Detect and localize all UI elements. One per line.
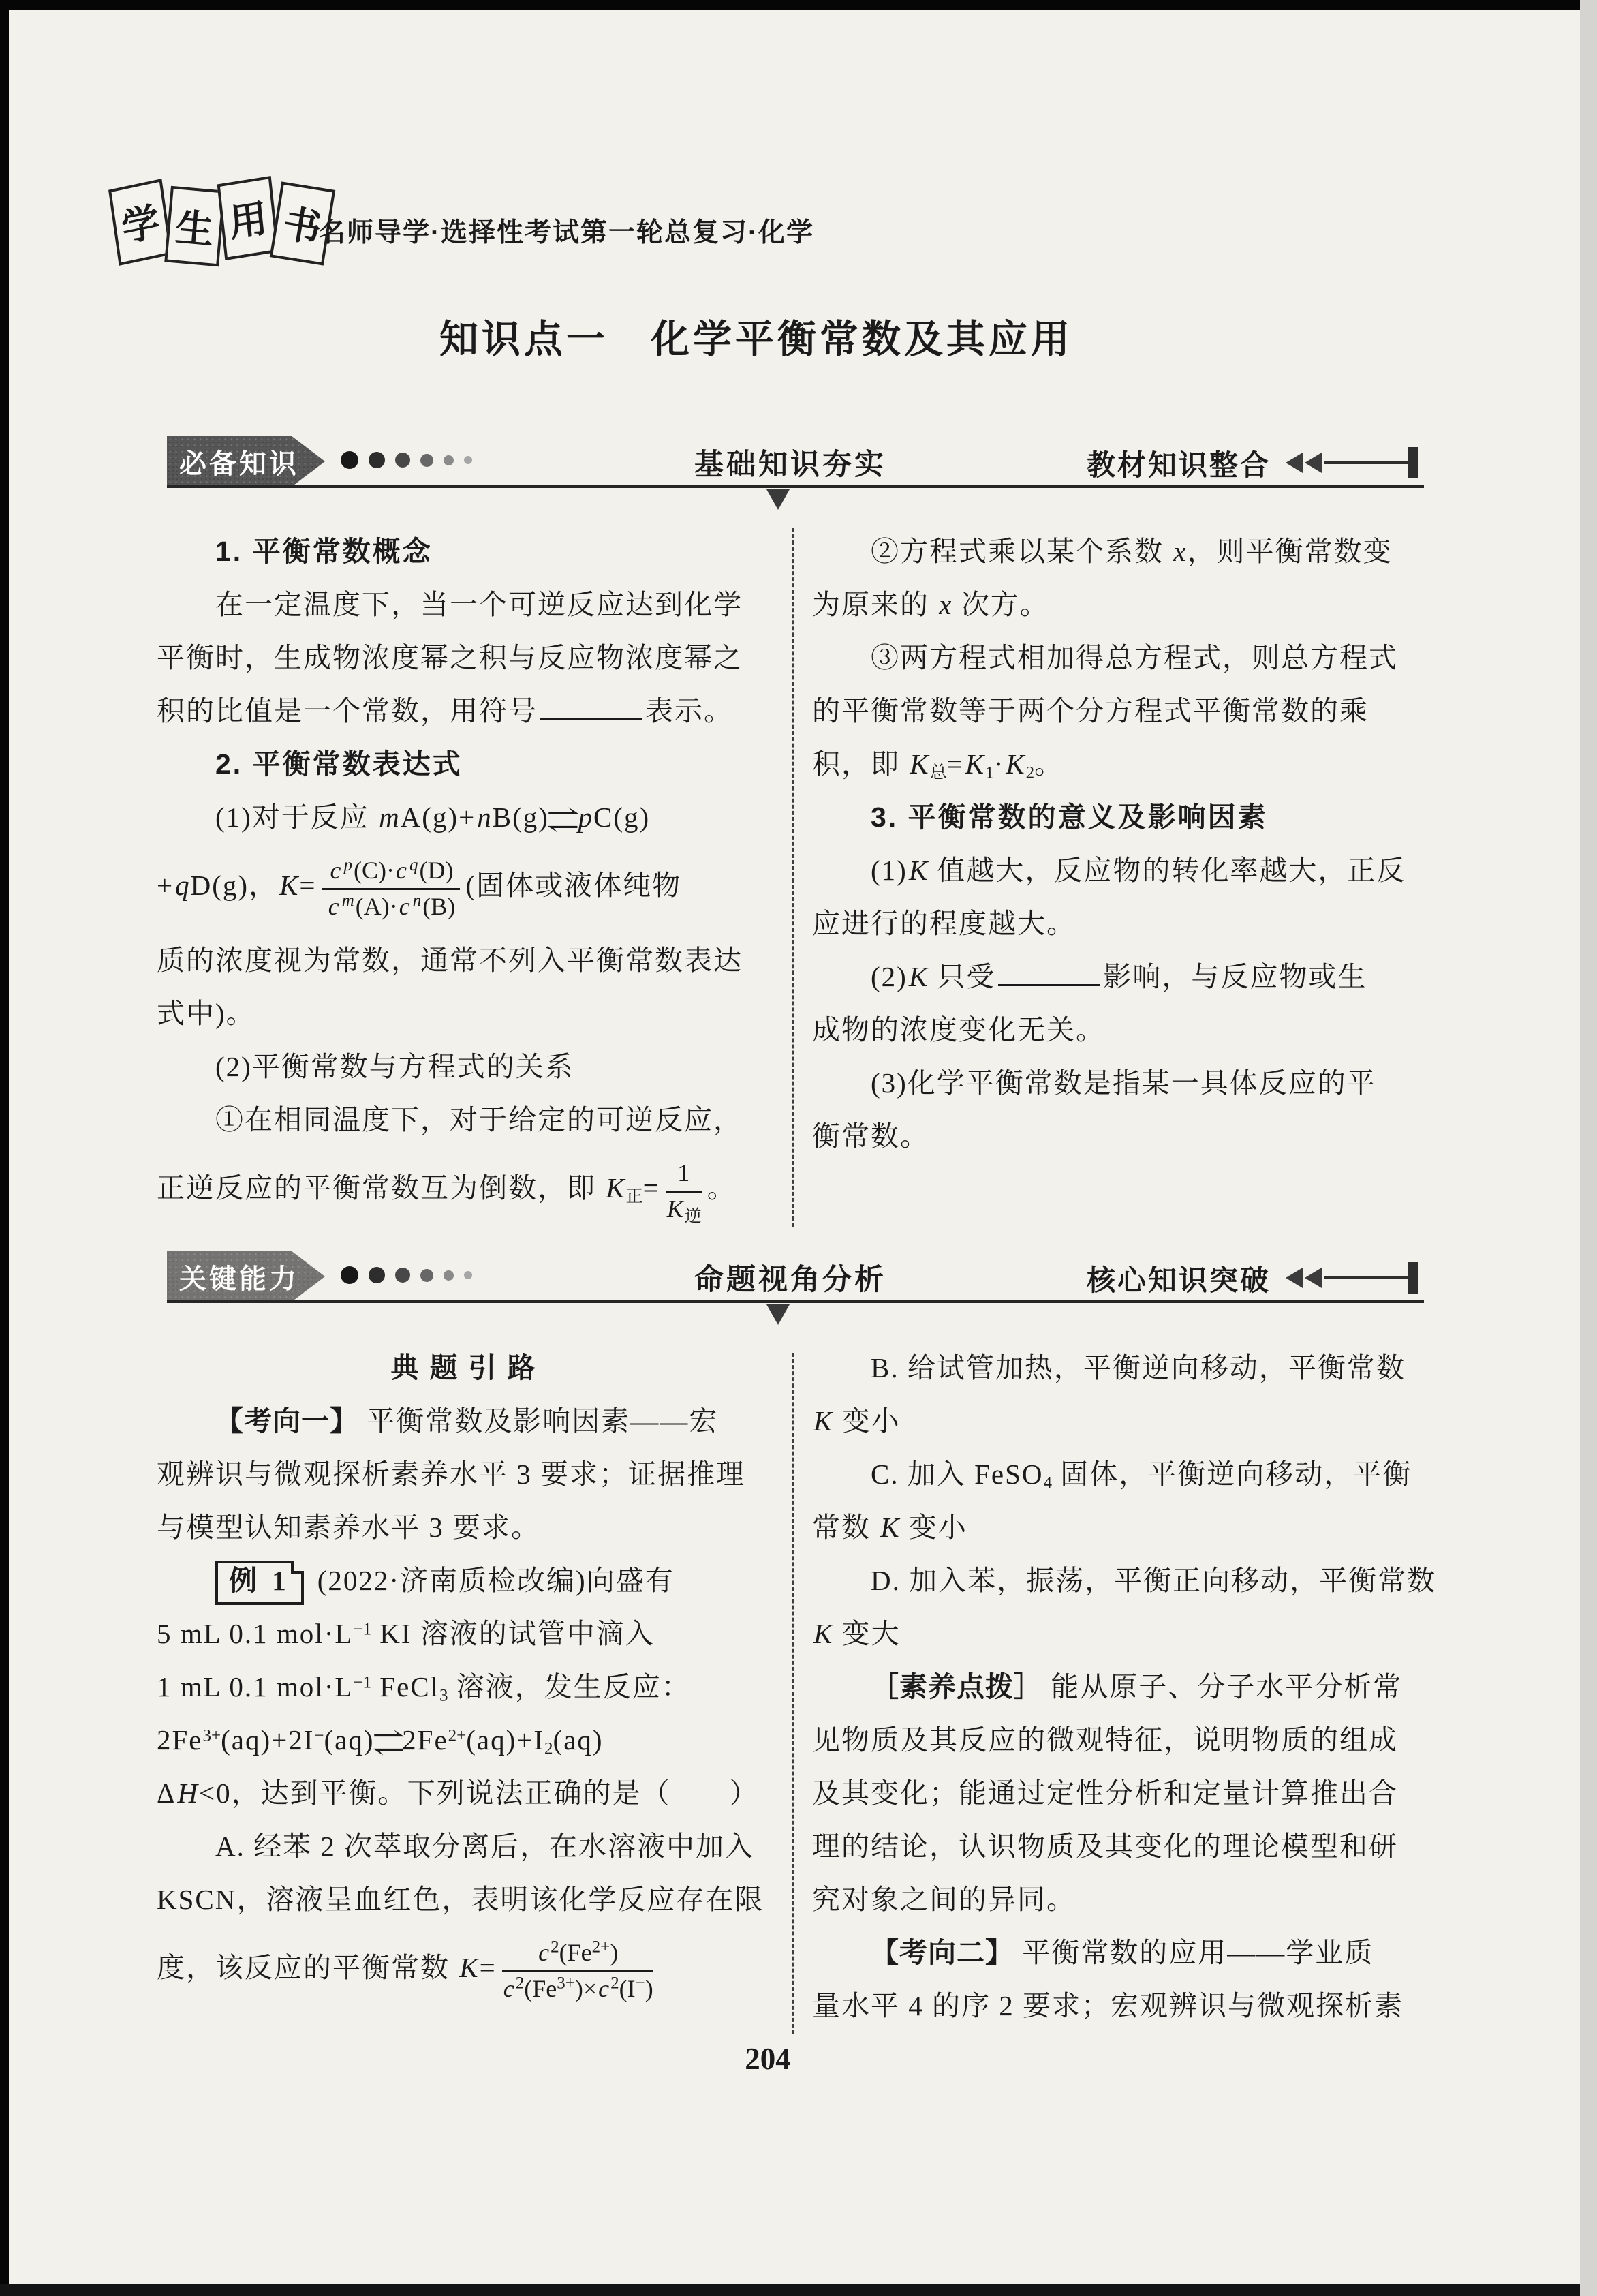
fraction: cp(C)·cq(D)cm(A)·cn(B) bbox=[322, 856, 461, 921]
text-line: 观辨识与微观探析素养水平 3 要求；证据推理 bbox=[157, 1448, 780, 1501]
text-line: 见物质及其反应的微观特征，说明物质的组成 bbox=[812, 1713, 1456, 1766]
book-subtitle: 名师导学·选择性考试第一轮总复习·化学 bbox=[319, 211, 814, 249]
text-line: 常数 K 变小 bbox=[812, 1501, 1456, 1554]
banner-tag-label: 必备知识 bbox=[179, 442, 299, 481]
text-line: 正逆反应的平衡常数互为倒数，即 K正=1K逆。 bbox=[157, 1146, 780, 1236]
text-line: 5 mL 0.1 mol·L−1 KI 溶液的试管中滴入 bbox=[157, 1607, 780, 1660]
text-line: 例 1(2022·济南质检改编)向盛有 bbox=[157, 1554, 780, 1607]
equilibrium-arrow-icon: ⇀↽ bbox=[371, 1729, 405, 1757]
dot-icon bbox=[464, 1271, 472, 1279]
banner-right-label: 教材知识整合 bbox=[1087, 443, 1271, 484]
text-line: 质的浓度视为常数，通常不列入平衡常数表达 bbox=[157, 934, 780, 987]
scan-edge-left bbox=[0, 0, 9, 2296]
text-line: (1)对于反应 mA(g)+nB(g)⇀↽pC(g) bbox=[157, 791, 780, 844]
logo-card: 生 bbox=[164, 186, 225, 267]
text-line: ［素养点拨］ 能从原子、分子水平分析常 bbox=[812, 1660, 1456, 1713]
banner-guanjian-nengli: 关键能力 命题视角分析 核心知识突破 bbox=[167, 1251, 1424, 1333]
banner-tag-label: 关键能力 bbox=[179, 1257, 299, 1296]
banner-tag-pennant: 关键能力 bbox=[167, 1251, 325, 1302]
text-line: K 变大 bbox=[812, 1607, 1456, 1660]
text-line: 典题引路 bbox=[157, 1341, 780, 1394]
scan-edge-right bbox=[1580, 0, 1597, 2296]
book-logo: 学 生 用 书 bbox=[113, 174, 324, 311]
section2-right-column: B. 给试管加热，平衡逆向移动，平衡常数K 变小C. 加入 FeSO4 固体，平… bbox=[812, 1341, 1456, 2032]
dot-icon bbox=[444, 455, 454, 465]
dot-row-icon bbox=[341, 1266, 482, 1284]
text-line: ①在相同温度下，对于给定的可逆反应， bbox=[157, 1093, 780, 1146]
pointer-triangle-icon bbox=[766, 1304, 790, 1325]
text-line: 积，即 K总=K1·K2。 bbox=[812, 737, 1456, 791]
text-line: 3. 平衡常数的意义及影响因素 bbox=[812, 791, 1456, 844]
text-line: 为原来的 x 次方。 bbox=[812, 578, 1456, 631]
pointer-triangle-icon bbox=[766, 489, 790, 510]
arrow-left-icon bbox=[1305, 453, 1322, 473]
text-line: 量水平 4 的序 2 要求；宏观辨识与微观探析素 bbox=[812, 1979, 1456, 2032]
text-line: 究对象之间的异同。 bbox=[812, 1873, 1456, 1926]
double-arrow-icon bbox=[1286, 1262, 1418, 1294]
text-line: 成物的浓度变化无关。 bbox=[812, 1003, 1456, 1056]
banner-right-label: 核心知识突破 bbox=[1087, 1258, 1271, 1299]
arrow-endbar bbox=[1408, 447, 1418, 478]
text-line: 应进行的程度越大。 bbox=[812, 897, 1456, 950]
text-line: KSCN，溶液呈血红色，表明该化学反应存在限 bbox=[157, 1873, 780, 1926]
logo-card: 用 bbox=[217, 176, 279, 260]
text-line: 式中)。 bbox=[157, 987, 780, 1040]
dot-icon bbox=[369, 452, 385, 468]
arrow-left-icon bbox=[1305, 1268, 1322, 1288]
section1-left-column: 1. 平衡常数概念在一定温度下，当一个可逆反应达到化学平衡时，生成物浓度幂之积与… bbox=[157, 525, 780, 1236]
fill-in-blank bbox=[998, 955, 1100, 986]
text-line: 1. 平衡常数概念 bbox=[157, 525, 780, 578]
dot-icon bbox=[369, 1267, 385, 1283]
text-line: 度，该反应的平衡常数 K=c2(Fe2+)c2(Fe3+)×c2(I−) bbox=[157, 1926, 780, 2016]
double-arrow-icon bbox=[1286, 447, 1418, 478]
arrow-endbar bbox=[1408, 1262, 1418, 1294]
text-line: ΔH<0，达到平衡。下列说法正确的是（ ） bbox=[157, 1766, 780, 1820]
banner-center-label: 命题视角分析 bbox=[644, 1257, 937, 1298]
column-divider bbox=[792, 528, 794, 1227]
scan-edge-bottom bbox=[0, 2284, 1597, 2296]
dot-icon bbox=[341, 1266, 358, 1284]
text-line: ③两方程式相加得总方程式，则总方程式 bbox=[812, 631, 1456, 684]
section2-left-column: 典题引路【考向一】 平衡常数及影响因素——宏观辨识与微观探析素养水平 3 要求；… bbox=[157, 1341, 780, 2016]
fraction: c2(Fe2+)c2(Fe3+)×c2(I−) bbox=[502, 1938, 653, 2003]
text-line: 在一定温度下，当一个可逆反应达到化学 bbox=[157, 578, 780, 631]
text-line: 1 mL 0.1 mol·L−1 FeCl3 溶液，发生反应： bbox=[157, 1660, 780, 1713]
dot-icon bbox=[395, 453, 410, 468]
dot-icon bbox=[420, 1269, 433, 1282]
text-line: ②方程式乘以某个系数 x，则平衡常数变 bbox=[812, 525, 1456, 578]
arrow-left-icon bbox=[1286, 1268, 1303, 1288]
page-number: 204 bbox=[730, 2041, 805, 2077]
equilibrium-arrow-icon: ⇀↽ bbox=[546, 806, 580, 834]
page-title: 知识点一 化学平衡常数及其应用 bbox=[422, 308, 1090, 364]
column-divider bbox=[792, 1353, 794, 2034]
text-line: +qD(g)，K=cp(C)·cq(D)cm(A)·cn(B)(固体或液体纯物 bbox=[157, 844, 780, 934]
text-line: (2)平衡常数与方程式的关系 bbox=[157, 1040, 780, 1093]
text-line: 积的比值是一个常数，用符号表示。 bbox=[157, 684, 780, 737]
text-line: K 变小 bbox=[812, 1394, 1456, 1448]
text-line: (2)K 只受影响，与反应物或生 bbox=[812, 950, 1456, 1003]
text-line: A. 经苯 2 次萃取分离后，在水溶液中加入 bbox=[157, 1820, 780, 1873]
dot-icon bbox=[444, 1270, 454, 1281]
text-line: (3)化学平衡常数是指某一具体反应的平 bbox=[812, 1056, 1456, 1109]
example-badge: 例 1 bbox=[215, 1561, 304, 1605]
banner-rule bbox=[167, 1300, 1424, 1303]
text-line: 衡常数。 bbox=[812, 1109, 1456, 1163]
banner-bibei-zhishi: 必备知识 基础知识夯实 教材知识整合 bbox=[167, 436, 1424, 518]
scan-edge-top bbox=[0, 0, 1597, 10]
dot-icon bbox=[464, 456, 472, 464]
logo-char: 学 bbox=[118, 191, 163, 253]
banner-center-label: 基础知识夯实 bbox=[644, 442, 937, 483]
arrow-shaft bbox=[1324, 461, 1409, 464]
text-line: (1)K 值越大，反应物的转化率越大，正反 bbox=[812, 844, 1456, 897]
text-line: 2Fe3+(aq)+2I−(aq)⇀↽2Fe2+(aq)+I2(aq) bbox=[157, 1713, 780, 1766]
text-line: 【考向二】 平衡常数的应用——学业质 bbox=[812, 1926, 1456, 1979]
dot-icon bbox=[395, 1268, 410, 1283]
arrow-shaft bbox=[1324, 1276, 1409, 1279]
text-line: 与模型认知素养水平 3 要求。 bbox=[157, 1501, 780, 1554]
text-line: 及其变化；能通过定性分析和定量计算推出合 bbox=[812, 1766, 1456, 1820]
text-line: D. 加入苯，振荡，平衡正向移动，平衡常数 bbox=[812, 1554, 1456, 1607]
banner-rule bbox=[167, 485, 1424, 488]
dot-icon bbox=[420, 454, 433, 467]
textbook-page: 学 生 用 书 名师导学·选择性考试第一轮总复习·化学 知识点一 化学平衡常数及… bbox=[0, 0, 1597, 2296]
fraction: 1K逆 bbox=[666, 1159, 702, 1223]
text-line: 理的结论，认识物质及其变化的理论模型和研 bbox=[812, 1820, 1456, 1873]
banner-tag-pennant: 必备知识 bbox=[167, 436, 325, 487]
arrow-left-icon bbox=[1286, 453, 1303, 473]
fill-in-blank bbox=[540, 689, 642, 720]
text-line: 平衡时，生成物浓度幂之积与反应物浓度幂之 bbox=[157, 631, 780, 684]
dot-icon bbox=[341, 451, 358, 469]
logo-card: 学 bbox=[108, 179, 172, 266]
text-line: 的平衡常数等于两个分方程式平衡常数的乘 bbox=[812, 684, 1456, 737]
text-line: 2. 平衡常数表达式 bbox=[157, 737, 780, 791]
logo-char: 用 bbox=[226, 188, 270, 248]
logo-char: 生 bbox=[174, 198, 217, 256]
section1-right-column: ②方程式乘以某个系数 x，则平衡常数变为原来的 x 次方。③两方程式相加得总方程… bbox=[812, 525, 1456, 1163]
text-line: B. 给试管加热，平衡逆向移动，平衡常数 bbox=[812, 1341, 1456, 1394]
dot-row-icon bbox=[341, 451, 482, 469]
text-line: C. 加入 FeSO4 固体，平衡逆向移动，平衡 bbox=[812, 1448, 1456, 1501]
text-line: 【考向一】 平衡常数及影响因素——宏 bbox=[157, 1394, 780, 1448]
